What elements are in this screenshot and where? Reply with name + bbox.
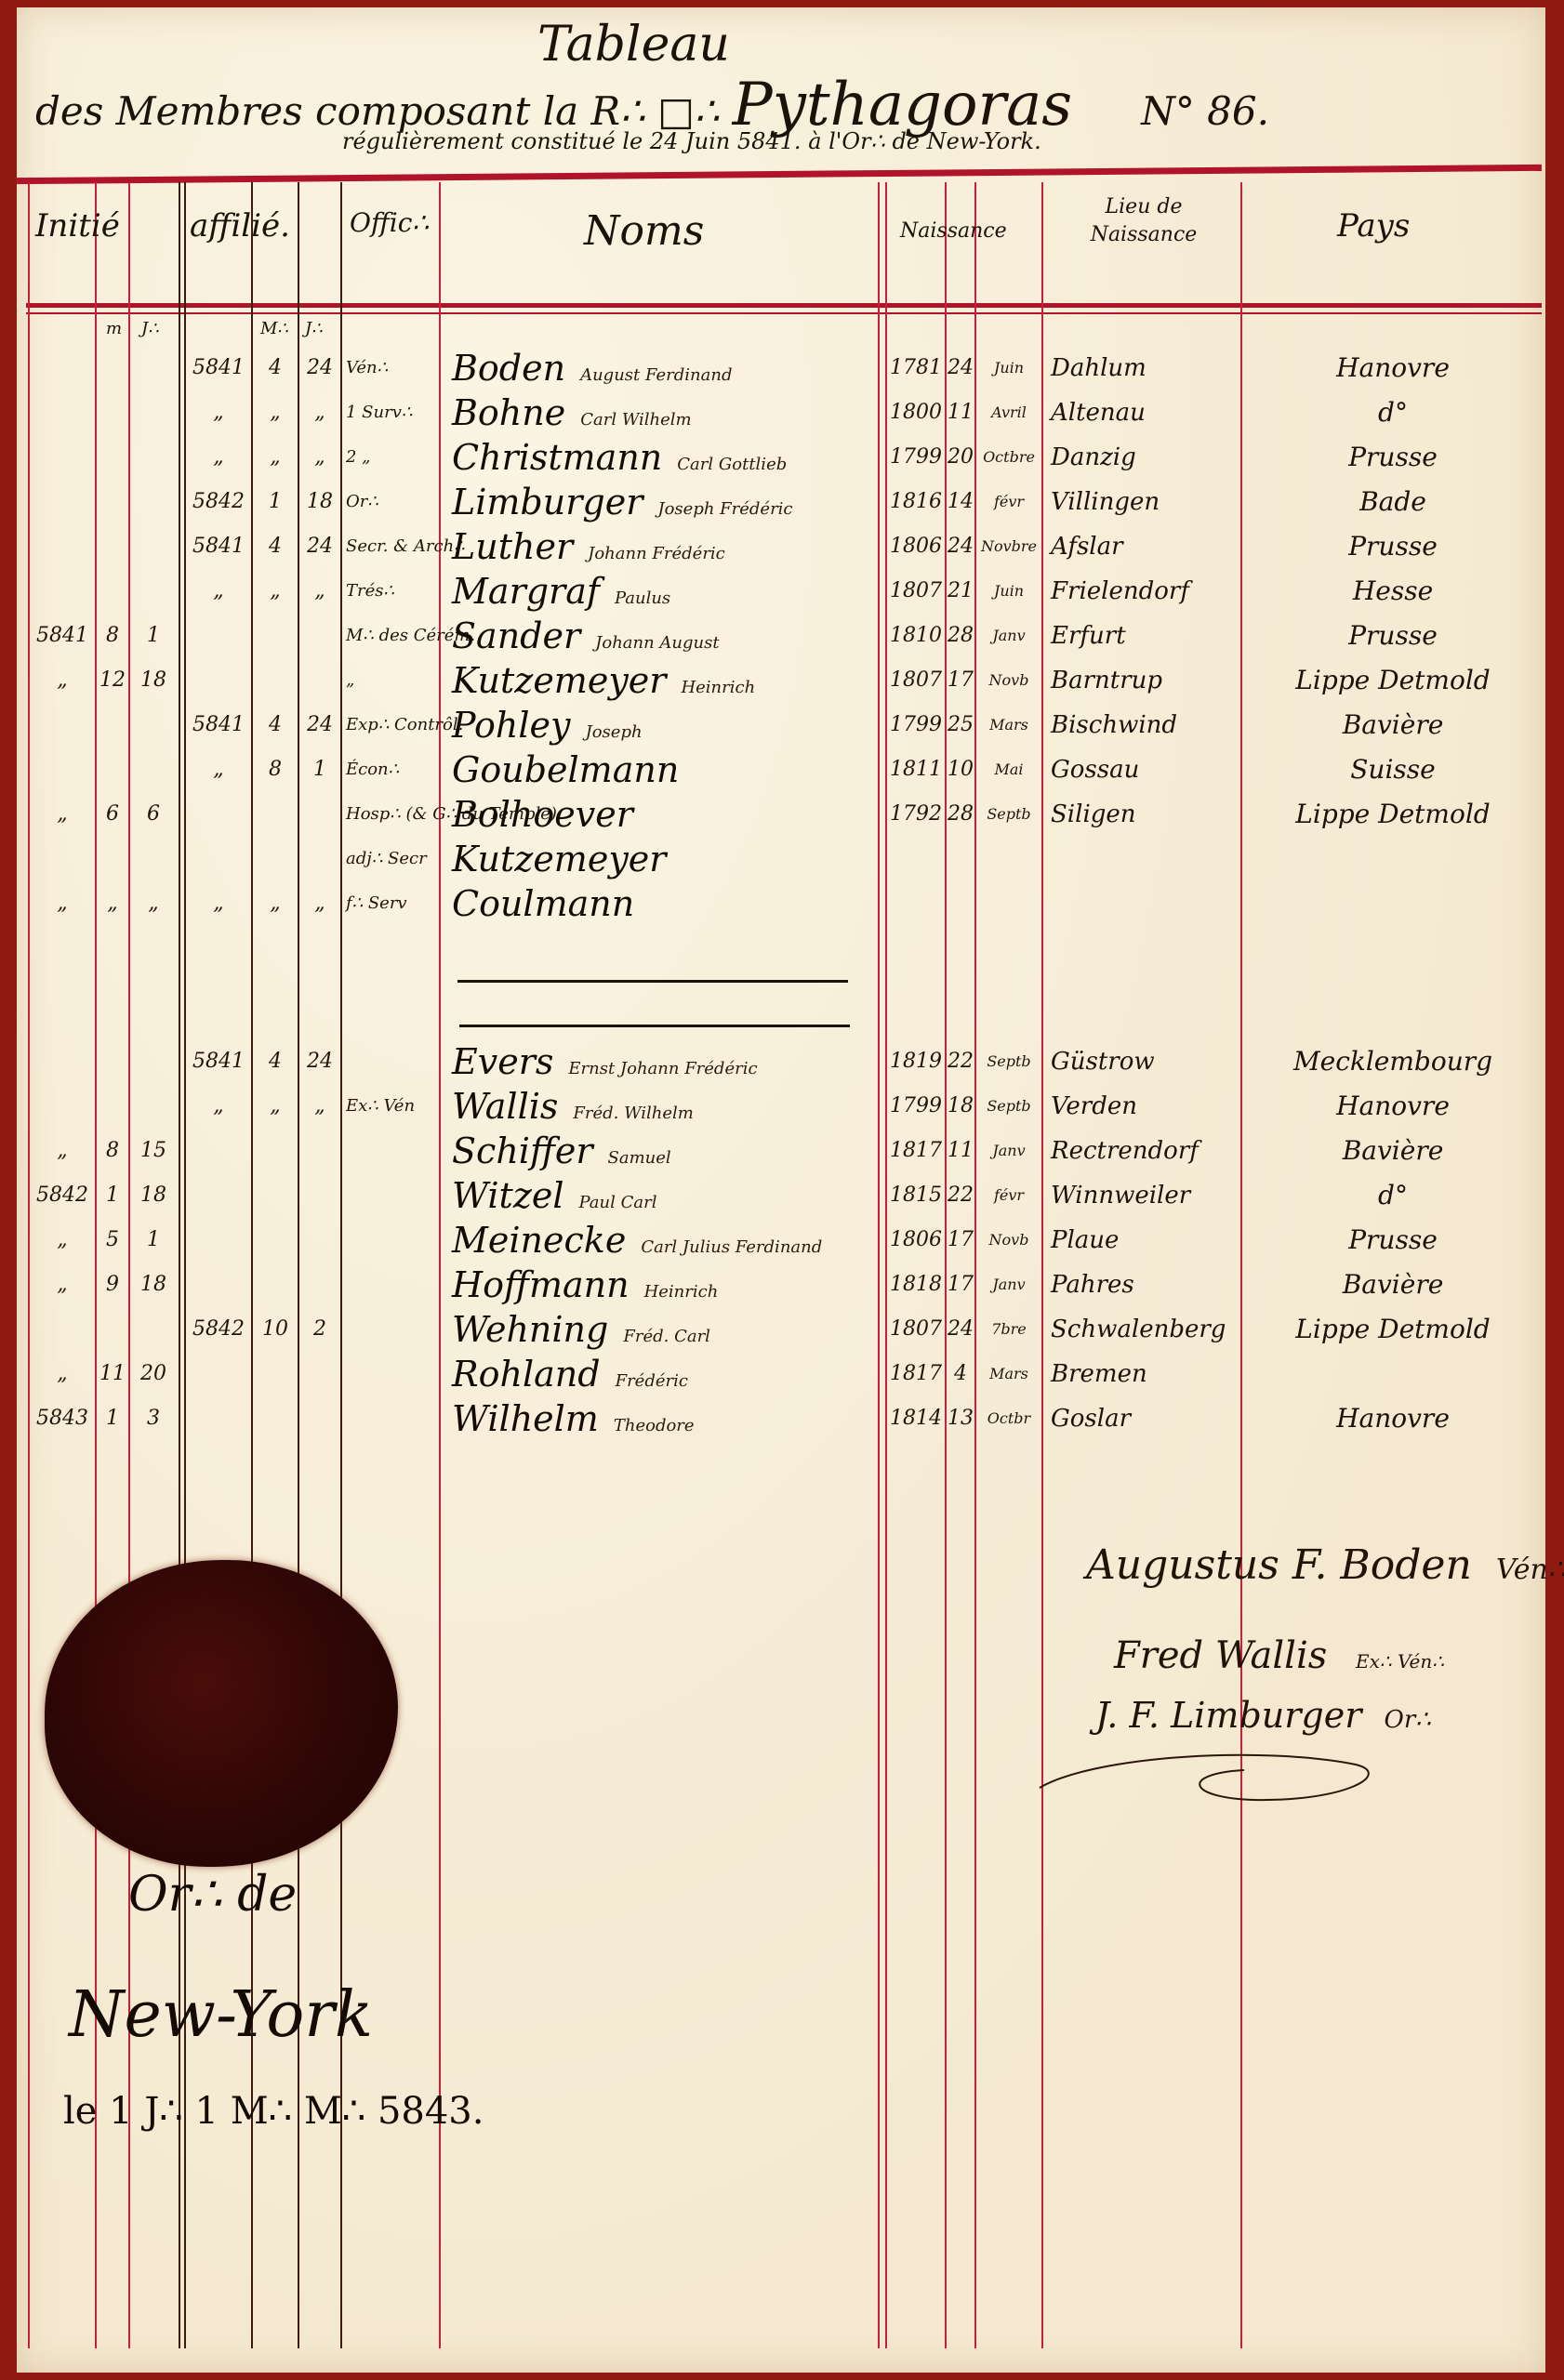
birth-month: Mars bbox=[976, 705, 1041, 746]
office-title: 1 Surv∴ bbox=[346, 392, 439, 433]
birth-day: 24 bbox=[947, 348, 974, 389]
initie-day bbox=[130, 526, 177, 567]
birth-year: 1792 bbox=[887, 794, 945, 835]
initie-year bbox=[30, 526, 95, 567]
given-names: Samuel bbox=[608, 1148, 671, 1168]
birth-month: Juin bbox=[976, 571, 1041, 612]
member-name: WallisFréd. Wilhelm bbox=[452, 1086, 694, 1127]
header-bottom-rule bbox=[26, 303, 1542, 308]
table-row: 5842118Or∴181614févrVillingenBadeLimburg… bbox=[17, 482, 1545, 522]
given-names: Fréd. Wilhelm bbox=[573, 1104, 693, 1123]
table-row: „„„2 „179920OctbreDanzigPrusseChristmann… bbox=[17, 437, 1545, 478]
birth-day: 18 bbox=[947, 1086, 974, 1127]
birth-place: Erfurt bbox=[1051, 615, 1237, 656]
given-names: Johann Frédéric bbox=[588, 544, 725, 563]
surname: Meinecke bbox=[452, 1220, 626, 1261]
affilie-month bbox=[253, 1130, 298, 1171]
country: Lippe Detmold bbox=[1244, 1309, 1542, 1350]
surname: Christmann bbox=[452, 437, 662, 478]
birth-day: 28 bbox=[947, 615, 974, 656]
signature-title: Vén∴ bbox=[1496, 1554, 1564, 1586]
office-title: Or∴ bbox=[346, 482, 439, 522]
affilie-month bbox=[253, 1220, 298, 1261]
affilie-day: „ bbox=[299, 437, 340, 478]
office-title: Secr. & Arch∴ bbox=[346, 526, 439, 567]
office-title: Trés∴ bbox=[346, 571, 439, 612]
initie-month: 6 bbox=[97, 794, 128, 835]
given-names: Heinrich bbox=[644, 1282, 719, 1302]
country: Hesse bbox=[1244, 571, 1542, 612]
birth-place: Dahlum bbox=[1051, 348, 1237, 389]
table-row: 5841424Exp∴ Contrôl.179925MarsBischwindB… bbox=[17, 705, 1545, 746]
document-title: Tableau bbox=[537, 17, 730, 73]
birth-year: 1817 bbox=[887, 1130, 945, 1171]
initie-year: 5842 bbox=[30, 1175, 95, 1216]
birth-place: Schwalenberg bbox=[1051, 1309, 1237, 1350]
affilie-month bbox=[253, 1354, 298, 1395]
affilie-day: „ bbox=[299, 1086, 340, 1127]
affilie-day: „ bbox=[299, 571, 340, 612]
birth-place: Plaue bbox=[1051, 1220, 1237, 1261]
affilie-year bbox=[186, 1264, 251, 1305]
country: Prusse bbox=[1244, 615, 1542, 656]
country bbox=[1244, 1354, 1542, 1395]
office-title: Ex∴ Vén bbox=[346, 1086, 439, 1127]
affilie-day bbox=[299, 1354, 340, 1395]
surname: Witzel bbox=[452, 1175, 563, 1216]
country bbox=[1244, 839, 1542, 879]
office-title bbox=[346, 1175, 439, 1216]
initie-month: 5 bbox=[97, 1220, 128, 1261]
birth-day: 24 bbox=[947, 1309, 974, 1350]
signature-wallis: Fred Wallis Ex∴ Vén∴ bbox=[1114, 1634, 1444, 1677]
initie-year bbox=[30, 839, 95, 879]
initie-month: „ bbox=[97, 883, 128, 924]
birth-month bbox=[976, 839, 1041, 879]
birth-day: 28 bbox=[947, 794, 974, 835]
birth-day: 24 bbox=[947, 526, 974, 567]
country: Lippe Detmold bbox=[1244, 794, 1542, 835]
birth-year: 1818 bbox=[887, 1264, 945, 1305]
affilie-day bbox=[299, 1130, 340, 1171]
affilie-month: „ bbox=[253, 571, 298, 612]
affilie-month bbox=[253, 794, 298, 835]
header-top-rule bbox=[17, 165, 1542, 184]
birth-place: Villingen bbox=[1051, 482, 1237, 522]
given-names: Heinrich bbox=[681, 678, 755, 697]
office-title: Hosp∴ (& G∴ du Temple) bbox=[346, 794, 439, 835]
initie-day bbox=[130, 392, 177, 433]
initie-day bbox=[130, 1086, 177, 1127]
table-row: 584181M∴ des Cérém.181028JanvErfurtPruss… bbox=[17, 615, 1545, 656]
given-names: Paulus bbox=[615, 588, 670, 608]
birth-month bbox=[976, 883, 1041, 924]
birth-day: 22 bbox=[947, 1041, 974, 1082]
given-names: Joseph bbox=[586, 722, 643, 742]
initie-year bbox=[30, 392, 95, 433]
birth-year: 1806 bbox=[887, 1220, 945, 1261]
member-name: ChristmannCarl Gottlieb bbox=[452, 437, 787, 478]
initie-year: „ bbox=[30, 883, 95, 924]
affilie-year: „ bbox=[186, 571, 251, 612]
birth-place: Afslar bbox=[1051, 526, 1237, 567]
office-title: Vén∴ bbox=[346, 348, 439, 389]
birth-place: Bischwind bbox=[1051, 705, 1237, 746]
affilie-day bbox=[299, 1264, 340, 1305]
initie-year bbox=[30, 437, 95, 478]
affilie-year bbox=[186, 1130, 251, 1171]
constitution-line: régulièrement constitué le 24 Juin 5841.… bbox=[342, 128, 1041, 154]
affilie-month: „ bbox=[253, 392, 298, 433]
birth-month: Novb bbox=[976, 660, 1041, 701]
affilie-day bbox=[299, 1398, 340, 1439]
birth-year: 1799 bbox=[887, 1086, 945, 1127]
affilie-year: „ bbox=[186, 1086, 251, 1127]
signature-title: Or∴ bbox=[1385, 1706, 1431, 1734]
surname: Limburger bbox=[452, 482, 643, 522]
surname: Goubelmann bbox=[452, 749, 679, 790]
country: d° bbox=[1244, 392, 1542, 433]
birth-place: Bremen bbox=[1051, 1354, 1237, 1395]
affilie-month bbox=[253, 839, 298, 879]
birth-month: févr bbox=[976, 482, 1041, 522]
affilie-month: 8 bbox=[253, 749, 298, 790]
affilie-year: 5842 bbox=[186, 1309, 251, 1350]
office-title: Écon∴ bbox=[346, 749, 439, 790]
given-names: Ernst Johann Frédéric bbox=[568, 1059, 757, 1078]
member-name: WitzelPaul Carl bbox=[452, 1175, 656, 1216]
initie-month: 1 bbox=[97, 1398, 128, 1439]
country: Suisse bbox=[1244, 749, 1542, 790]
initie-day bbox=[130, 839, 177, 879]
initie-month: 9 bbox=[97, 1264, 128, 1305]
member-name: Bolhoever bbox=[452, 794, 648, 835]
initie-year: „ bbox=[30, 660, 95, 701]
document-page: Tableau des Membres composant la R∴ □∴ P… bbox=[17, 7, 1545, 2373]
country: Prusse bbox=[1244, 437, 1542, 478]
birth-year bbox=[887, 839, 945, 879]
birth-month: Mars bbox=[976, 1354, 1041, 1395]
given-names: Paul Carl bbox=[578, 1193, 656, 1212]
affilie-year: 5841 bbox=[186, 348, 251, 389]
initie-month bbox=[97, 839, 128, 879]
initie-day bbox=[130, 571, 177, 612]
member-name: KutzemeyerHeinrich bbox=[452, 660, 755, 701]
member-name: SchifferSamuel bbox=[452, 1130, 671, 1171]
affilie-year: „ bbox=[186, 749, 251, 790]
birth-year: 1807 bbox=[887, 571, 945, 612]
initie-month bbox=[97, 482, 128, 522]
affilie-month: 4 bbox=[253, 1041, 298, 1082]
initie-day: 18 bbox=[130, 660, 177, 701]
initie-month: 12 bbox=[97, 660, 128, 701]
signature-limburger: J. F. Limburger Or∴ bbox=[1095, 1695, 1431, 1736]
surname: Wehning bbox=[452, 1309, 608, 1350]
initie-month bbox=[97, 1309, 128, 1350]
affilie-month: 4 bbox=[253, 705, 298, 746]
table-row: „66Hosp∴ (& G∴ du Temple)179228SeptbSili… bbox=[17, 794, 1545, 835]
affilie-day bbox=[299, 794, 340, 835]
initie-year bbox=[30, 705, 95, 746]
birth-year: 1799 bbox=[887, 437, 945, 478]
given-names: August Ferdinand bbox=[580, 365, 732, 385]
surname: Sander bbox=[452, 615, 580, 656]
birth-year: 1781 bbox=[887, 348, 945, 389]
initie-month bbox=[97, 1041, 128, 1082]
birth-month: Avril bbox=[976, 392, 1041, 433]
given-names: Frédéric bbox=[616, 1371, 688, 1391]
birth-place: Frielendorf bbox=[1051, 571, 1237, 612]
wax-seal bbox=[45, 1560, 398, 1867]
office-title: 2 „ bbox=[346, 437, 439, 478]
birth-day: 13 bbox=[947, 1398, 974, 1439]
initie-year: „ bbox=[30, 1130, 95, 1171]
affilie-day: 1 bbox=[299, 749, 340, 790]
initie-day bbox=[130, 1041, 177, 1082]
member-name: LutherJohann Frédéric bbox=[452, 526, 725, 567]
birth-place: Verden bbox=[1051, 1086, 1237, 1127]
birth-day: 25 bbox=[947, 705, 974, 746]
affilie-month: 4 bbox=[253, 526, 298, 567]
birth-month: Octbr bbox=[976, 1398, 1041, 1439]
affilie-year: „ bbox=[186, 392, 251, 433]
birth-place: Gossau bbox=[1051, 749, 1237, 790]
member-name: BohneCarl Wilhelm bbox=[452, 392, 692, 433]
member-name: Coulmann bbox=[452, 883, 649, 924]
signature-name: J. F. Limburger bbox=[1095, 1695, 1361, 1736]
initie-day bbox=[130, 1309, 177, 1350]
table-row: „„„1 Surv∴180011AvrilAltenaud°BohneCarl … bbox=[17, 392, 1545, 433]
birth-year: 1815 bbox=[887, 1175, 945, 1216]
member-name: SanderJohann August bbox=[452, 615, 720, 656]
member-name: BodenAugust Ferdinand bbox=[452, 348, 732, 389]
table-row: „„„Trés∴180721JuinFrielendorfHesseMargra… bbox=[17, 571, 1545, 612]
header-bottom-rule-2 bbox=[26, 312, 1542, 314]
office-title bbox=[346, 1398, 439, 1439]
birth-day: 17 bbox=[947, 1264, 974, 1305]
birth-day: 11 bbox=[947, 1130, 974, 1171]
initie-day: 6 bbox=[130, 794, 177, 835]
table-row: 5841424Secr. & Arch∴180624NovbreAfslarPr… bbox=[17, 526, 1545, 567]
birth-day: 4 bbox=[947, 1354, 974, 1395]
birth-day: 11 bbox=[947, 392, 974, 433]
col-header-noms: Noms bbox=[584, 207, 704, 255]
table-row: „51180617NovbPlauePrusseMeineckeCarl Jul… bbox=[17, 1220, 1545, 1261]
member-name: Kutzemeyer bbox=[452, 839, 681, 879]
signature-name: Fred Wallis bbox=[1114, 1634, 1327, 1677]
given-names: Theodore bbox=[614, 1416, 695, 1435]
table-row: „„„„„„f∴ ServCoulmann bbox=[17, 883, 1545, 924]
affilie-day bbox=[299, 615, 340, 656]
affilie-year: „ bbox=[186, 437, 251, 478]
initie-day bbox=[130, 437, 177, 478]
surname: Wallis bbox=[452, 1086, 558, 1127]
affilie-day bbox=[299, 1220, 340, 1261]
affilie-month bbox=[253, 1398, 298, 1439]
surname: Kutzemeyer bbox=[452, 660, 666, 701]
initie-year bbox=[30, 571, 95, 612]
initie-year bbox=[30, 1041, 95, 1082]
birth-place: Winnweiler bbox=[1051, 1175, 1237, 1216]
surname: Rohland bbox=[452, 1354, 601, 1395]
initie-day: 18 bbox=[130, 1175, 177, 1216]
affilie-day: 24 bbox=[299, 526, 340, 567]
initie-year: „ bbox=[30, 794, 95, 835]
subtitle-prefix: des Membres composant la R∴ □∴ bbox=[35, 88, 720, 134]
col-header-office: Offic∴ bbox=[350, 207, 429, 238]
footer-date: le 1 J∴ 1 M∴ M∴ 5843. bbox=[63, 2090, 484, 2133]
initie-year bbox=[30, 348, 95, 389]
initie-day: 18 bbox=[130, 1264, 177, 1305]
member-name: RohlandFrédéric bbox=[452, 1354, 688, 1395]
affilie-day: 18 bbox=[299, 482, 340, 522]
birth-year: 1810 bbox=[887, 615, 945, 656]
birth-year: 1816 bbox=[887, 482, 945, 522]
col-header-initie: Initié bbox=[35, 207, 120, 245]
birth-month: Septb bbox=[976, 1086, 1041, 1127]
birth-year: 1811 bbox=[887, 749, 945, 790]
table-row: 584313181413OctbrGoslarHanovreWilhelmThe… bbox=[17, 1398, 1545, 1439]
birth-month: Septb bbox=[976, 794, 1041, 835]
surname: Schiffer bbox=[452, 1130, 593, 1171]
affilie-year bbox=[186, 1220, 251, 1261]
table-row: 5842118181522févrWinnweilerd°WitzelPaul … bbox=[17, 1175, 1545, 1216]
col-header-affilie: affilié. bbox=[190, 207, 290, 245]
birth-month: Septb bbox=[976, 1041, 1041, 1082]
affilie-month bbox=[253, 1175, 298, 1216]
birth-day: 21 bbox=[947, 571, 974, 612]
affilie-day: 24 bbox=[299, 1041, 340, 1082]
initie-day bbox=[130, 482, 177, 522]
initie-year: 5843 bbox=[30, 1398, 95, 1439]
initie-day: 15 bbox=[130, 1130, 177, 1171]
initie-month: 11 bbox=[97, 1354, 128, 1395]
initie-month bbox=[97, 749, 128, 790]
member-name: WehningFréd. Carl bbox=[452, 1309, 710, 1350]
table-row: „1218„180717NovbBarntrupLippe DetmoldKut… bbox=[17, 660, 1545, 701]
surname: Bohne bbox=[452, 392, 565, 433]
surname: Bolhoever bbox=[452, 794, 633, 835]
affilie-month bbox=[253, 1264, 298, 1305]
table-row: „„„Ex∴ Vén179918SeptbVerdenHanovreWallis… bbox=[17, 1086, 1545, 1127]
birth-place: Rectrendorf bbox=[1051, 1130, 1237, 1171]
member-name: MeineckeCarl Julius Ferdinand bbox=[452, 1220, 822, 1261]
birth-day: 10 bbox=[947, 749, 974, 790]
surname: Evers bbox=[452, 1041, 553, 1082]
country: Lippe Detmold bbox=[1244, 660, 1542, 701]
col-header-pays: Pays bbox=[1337, 207, 1410, 245]
initie-month bbox=[97, 571, 128, 612]
sub-header-m: m bbox=[106, 319, 122, 338]
signature-flourish-icon bbox=[1021, 1737, 1393, 1811]
signature-title: Ex∴ Vén∴ bbox=[1356, 1650, 1444, 1673]
birth-year: 1819 bbox=[887, 1041, 945, 1082]
sub-header-j: J∴ bbox=[141, 319, 159, 338]
birth-year: 1800 bbox=[887, 392, 945, 433]
surname: Hoffmann bbox=[452, 1264, 630, 1305]
affilie-month: 10 bbox=[253, 1309, 298, 1350]
birth-month: Novb bbox=[976, 1220, 1041, 1261]
member-name: PohleyJoseph bbox=[452, 705, 643, 746]
country bbox=[1244, 883, 1542, 924]
initie-month bbox=[97, 348, 128, 389]
surname: Boden bbox=[452, 348, 565, 389]
birth-month: févr bbox=[976, 1175, 1041, 1216]
sub-header-m2: M∴ bbox=[260, 319, 288, 338]
affilie-year bbox=[186, 1175, 251, 1216]
office-title: „ bbox=[346, 660, 439, 701]
country: Bavière bbox=[1244, 705, 1542, 746]
affilie-day: 2 bbox=[299, 1309, 340, 1350]
birth-year: 1814 bbox=[887, 1398, 945, 1439]
office-title bbox=[346, 1354, 439, 1395]
initie-day bbox=[130, 348, 177, 389]
affilie-day bbox=[299, 660, 340, 701]
initie-day: 20 bbox=[130, 1354, 177, 1395]
office-title bbox=[346, 1041, 439, 1082]
birth-place: Pahres bbox=[1051, 1264, 1237, 1305]
affilie-month: „ bbox=[253, 437, 298, 478]
birth-day: 20 bbox=[947, 437, 974, 478]
table-row: 58421021807247breSchwalenbergLippe Detmo… bbox=[17, 1309, 1545, 1350]
initie-month bbox=[97, 1086, 128, 1127]
birth-year: 1806 bbox=[887, 526, 945, 567]
country: Mecklembourg bbox=[1244, 1041, 1542, 1082]
initie-year: 5841 bbox=[30, 615, 95, 656]
country: Hanovre bbox=[1244, 1398, 1542, 1439]
signature-boden: Augustus F. Boden Vén∴ bbox=[1086, 1541, 1564, 1589]
signature-name: Augustus F. Boden bbox=[1086, 1541, 1472, 1589]
initie-year: „ bbox=[30, 1354, 95, 1395]
birth-day bbox=[947, 883, 974, 924]
affilie-day: 24 bbox=[299, 348, 340, 389]
given-names: Carl Gottlieb bbox=[677, 455, 787, 474]
table-row: 5841424Vén∴178124JuinDahlumHanovreBodenA… bbox=[17, 348, 1545, 389]
affilie-year: 5842 bbox=[186, 482, 251, 522]
birth-day bbox=[947, 839, 974, 879]
affilie-year bbox=[186, 660, 251, 701]
affilie-year bbox=[186, 839, 251, 879]
country: Hanovre bbox=[1244, 1086, 1542, 1127]
footer-orient: Or∴ de bbox=[128, 1867, 297, 1923]
office-title bbox=[346, 1264, 439, 1305]
affilie-year bbox=[186, 1398, 251, 1439]
section-divider bbox=[459, 1025, 850, 1027]
affilie-year bbox=[186, 794, 251, 835]
lodge-number: N° 86. bbox=[1141, 88, 1269, 134]
office-title: Exp∴ Contrôl. bbox=[346, 705, 439, 746]
table-row: „815181711JanvRectrendorfBavièreSchiffer… bbox=[17, 1130, 1545, 1171]
affilie-year: 5841 bbox=[186, 1041, 251, 1082]
initie-day: 3 bbox=[130, 1398, 177, 1439]
office-title: M∴ des Cérém. bbox=[346, 615, 439, 656]
surname: Wilhelm bbox=[452, 1398, 599, 1439]
affilie-year bbox=[186, 615, 251, 656]
country: Prusse bbox=[1244, 1220, 1542, 1261]
initie-month bbox=[97, 392, 128, 433]
affilie-month: 1 bbox=[253, 482, 298, 522]
birth-place bbox=[1051, 883, 1237, 924]
given-names: Carl Wilhelm bbox=[580, 410, 691, 430]
birth-day: 14 bbox=[947, 482, 974, 522]
country: d° bbox=[1244, 1175, 1542, 1216]
country: Bade bbox=[1244, 482, 1542, 522]
member-name: LimburgerJoseph Frédéric bbox=[452, 482, 793, 522]
office-title bbox=[346, 1309, 439, 1350]
birth-year: 1817 bbox=[887, 1354, 945, 1395]
birth-month: Octbre bbox=[976, 437, 1041, 478]
initie-day: 1 bbox=[130, 615, 177, 656]
